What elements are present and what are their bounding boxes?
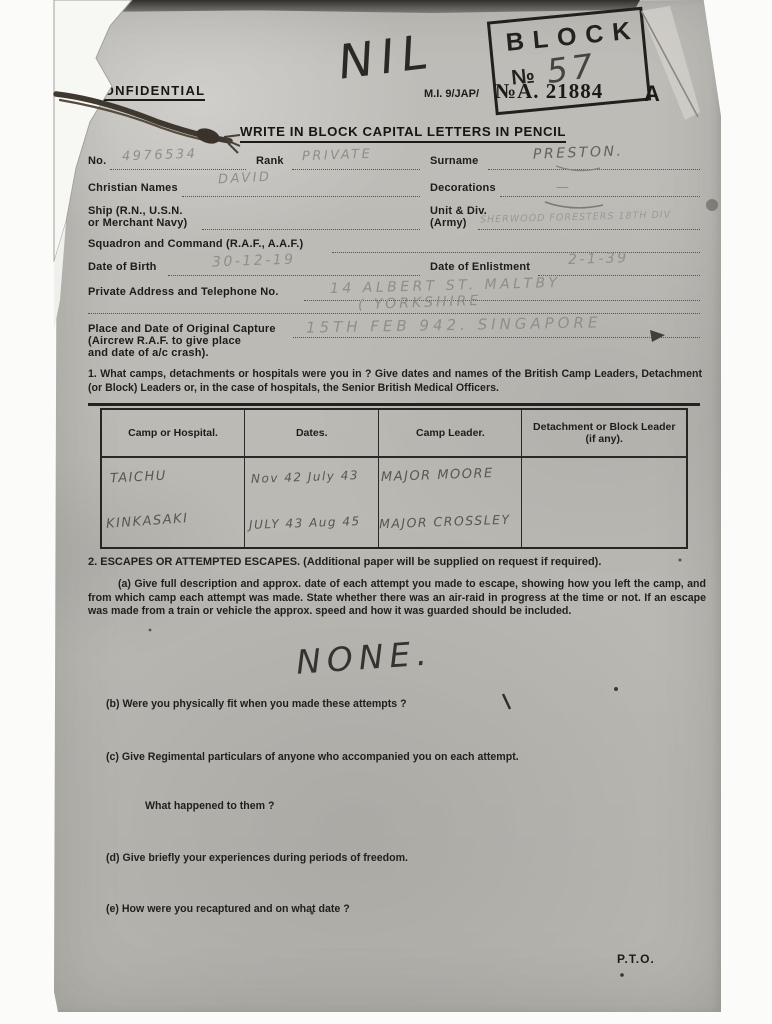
col-header-dates: Dates. — [245, 410, 379, 456]
col-header-leader: Camp Leader. — [379, 410, 522, 456]
question-2b-text: (b) Were you physically fit when you mad… — [106, 698, 706, 712]
date-of-birth-label: Date of Birth — [88, 261, 157, 273]
capture-field-line — [293, 337, 700, 338]
date-of-birth-line — [168, 275, 420, 276]
question-2c-followup-text: What happened to them ? — [145, 800, 705, 814]
date-of-enlistment-label: Date of Enlistment — [430, 261, 530, 273]
address-line2 — [88, 313, 700, 314]
no-field-line — [110, 169, 246, 170]
squadron-field-line — [332, 252, 700, 253]
no-field-label: No. — [88, 155, 106, 167]
address-label: Private Address and Telephone No. — [88, 286, 279, 298]
ship-field-line — [202, 229, 420, 230]
capture-label-line2: (Aircrew R.A.F. to give place — [88, 335, 241, 347]
dates-entry-2: JULY 43 Aug 45 — [249, 514, 361, 532]
squadron-label: Squadron and Command (R.A.F., A.A.F.) — [88, 238, 303, 250]
decorations-line — [500, 196, 700, 197]
capture-label-line1: Place and Date of Original Capture — [88, 323, 276, 335]
question-1-text: 1. What camps, detachments or hospitals … — [88, 368, 702, 395]
decorations-value: — — [556, 180, 572, 195]
date-of-enlistment-line — [538, 275, 700, 276]
surname-field-value: PRESTON. — [533, 143, 624, 162]
rank-field-line — [292, 169, 420, 170]
question-2e-text: (e) How were you recaptured and on what … — [106, 903, 706, 917]
dates-column-entries: Nov 42 July 43 JULY 43 Aug 45 — [245, 458, 379, 547]
christian-names-line — [182, 196, 420, 197]
question-2a-text: (a) Give full description and approx. da… — [88, 578, 706, 619]
date-of-enlistment-value: 2-1-39 — [568, 250, 629, 268]
table-top-rule — [88, 403, 700, 406]
camp-column-entries: TAICHU KINKASAKI — [102, 458, 245, 547]
ship-label-line2: or Merchant Navy) — [88, 217, 187, 229]
detachment-column-entries — [522, 458, 686, 547]
camp-entry-1: TAICHU — [110, 469, 168, 487]
form-title: WRITE IN BLOCK CAPITAL LETTERS IN PENCIL — [240, 124, 566, 143]
leader-entry-2: MAJOR CROSSLEY — [379, 512, 511, 532]
rank-field-value: PRIVATE — [302, 147, 373, 164]
rank-field-label: Rank — [256, 155, 284, 167]
unit-label-line2: (Army) — [430, 217, 467, 229]
unit-field-line — [478, 229, 700, 230]
surname-field-line — [488, 169, 700, 170]
camps-table-header-row: Camp or Hospital. Dates. Camp Leader. De… — [102, 410, 686, 458]
camps-table-body: TAICHU KINKASAKI Nov 42 July 43 JULY 43 … — [102, 458, 686, 547]
serial-suffix-letter: A — [644, 81, 660, 107]
question-2d-text: (d) Give briefly your experiences during… — [106, 852, 706, 866]
leader-entry-1: MAJOR MOORE — [381, 466, 494, 485]
camp-entry-2: KINKASAKI — [106, 511, 189, 532]
capture-label-line3: and date of a/c crash). — [88, 347, 209, 359]
question-2c-text: (c) Give Regimental particulars of anyon… — [106, 751, 706, 765]
confidential-marking: CONFIDENTIAL — [93, 83, 205, 101]
camps-table: Camp or Hospital. Dates. Camp Leader. De… — [100, 408, 688, 549]
christian-names-value: DAVID — [218, 170, 272, 188]
dates-entry-1: Nov 42 July 43 — [251, 468, 359, 486]
serial-number: №A. 21884 — [495, 79, 603, 104]
unit-label-line1: Unit & Div. — [430, 205, 487, 217]
pto-marker: P.T.O. — [617, 952, 655, 966]
surname-field-label: Surname — [430, 155, 478, 167]
decorations-label: Decorations — [430, 182, 496, 194]
christian-names-label: Christian Names — [88, 182, 178, 194]
scanned-pow-questionnaire-page: NIL BLOCK № 57 CONFIDENTIAL M.I. 9/JAP/ … — [0, 0, 772, 1024]
col-header-detachment: Detachment or Block Leader (if any). — [522, 410, 686, 456]
ship-label-line1: Ship (R.N., U.S.N. — [88, 205, 183, 217]
question-2-heading: 2. ESCAPES OR ATTEMPTED ESCAPES. (Additi… — [88, 556, 706, 570]
col-header-camp: Camp or Hospital. — [102, 410, 245, 456]
date-of-birth-value: 30-12-19 — [212, 252, 296, 271]
mi9-reference: M.I. 9/JAP/ — [424, 88, 479, 100]
no-field-value: 4976534 — [122, 147, 198, 165]
leader-column-entries: MAJOR MOORE MAJOR CROSSLEY — [379, 458, 522, 547]
